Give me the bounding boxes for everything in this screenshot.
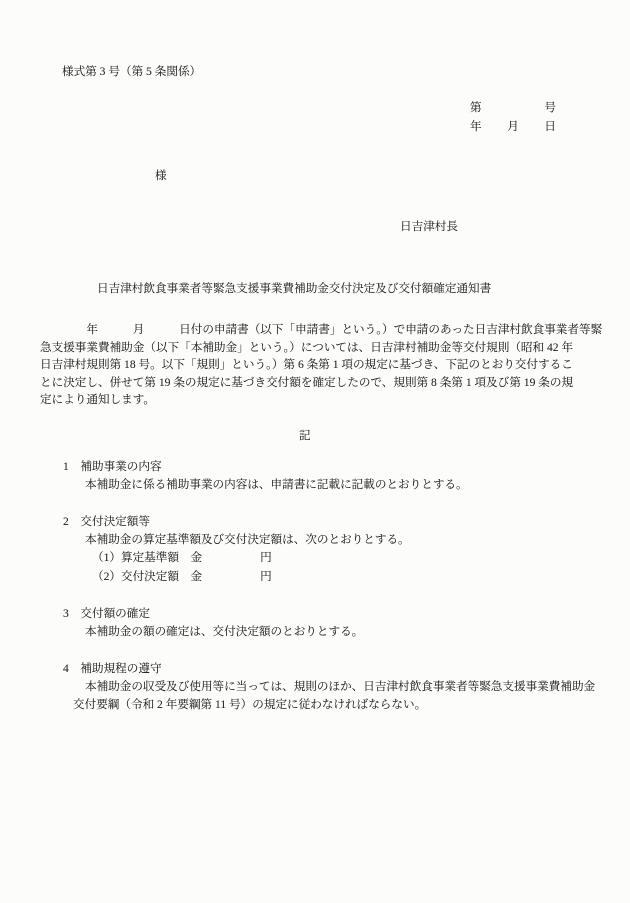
document-number-prefix: 第 <box>470 100 482 115</box>
section-2-body-line: 本補助金の算定基準額及び交付決定額は、次のとおりとする。 <box>85 532 410 547</box>
recipient-honorific: 様 <box>155 168 167 183</box>
date-line: 年 月 日 <box>470 119 556 134</box>
body-paragraph-line: 年 月 日付の申請書（以下「申請書」という。）で申請のあった日吉津村飲食事業者等… <box>40 322 602 337</box>
body-paragraph-line: 急支援事業費補助金（以下「本補助金」という。）については、日吉津村補助金等交付規… <box>40 340 573 355</box>
date-month-label: 月 <box>507 119 519 134</box>
section-2-heading: 2 交付決定額等 <box>63 514 150 529</box>
section-1-heading: 1 補助事業の内容 <box>63 459 162 474</box>
body-paragraph-line: とに決定し、併せて第 19 条の規定に基づき交付額を確定したので、規則第 8 条… <box>40 375 573 390</box>
body-paragraph-line: 日吉津村規則第 18 号。以下「規則」という。）第 6 条第 1 項の規定に基づ… <box>40 357 573 372</box>
form-number: 様式第 3 号（第 5 条関係） <box>62 64 201 79</box>
document-number-line: 第 号 <box>470 100 556 115</box>
scanned-document-page: 様式第 3 号（第 5 条関係） 第 号 年 月 日 様 日吉津村長 日吉津村飲… <box>0 0 630 903</box>
section-2-item-standard-amount: （1）算定基準額 金 円 <box>92 550 272 565</box>
record-marker: 記 <box>299 428 311 443</box>
section-4-body-line: 交付要綱（令和 2 年要綱第 11 号）の規定に従わなければならない。 <box>73 697 426 712</box>
section-3-heading: 3 交付額の確定 <box>63 606 150 621</box>
date-year-label: 年 <box>470 119 482 134</box>
date-day-label: 日 <box>544 119 556 134</box>
document-title: 日吉津村飲食事業者等緊急支援事業費補助金交付決定及び交付額確定通知書 <box>97 281 491 296</box>
section-3-body-line: 本補助金の額の確定は、交付決定額のとおりとする。 <box>85 624 363 639</box>
section-4-body-line: 本補助金の収受及び使用等に当っては、規則のほか、日吉津村飲食事業者等緊急支援事業… <box>85 679 595 694</box>
document-number-suffix: 号 <box>544 100 556 115</box>
sender-title: 日吉津村長 <box>400 219 458 234</box>
section-1-body-line: 本補助金に係る補助事業の内容は、申請書に記載に記載のとおりとする。 <box>85 477 468 492</box>
section-4-heading: 4 補助規程の遵守 <box>63 661 162 676</box>
section-2-item-grant-amount: （2）交付決定額 金 円 <box>92 569 272 584</box>
body-paragraph-line: 定により通知します。 <box>40 392 155 407</box>
